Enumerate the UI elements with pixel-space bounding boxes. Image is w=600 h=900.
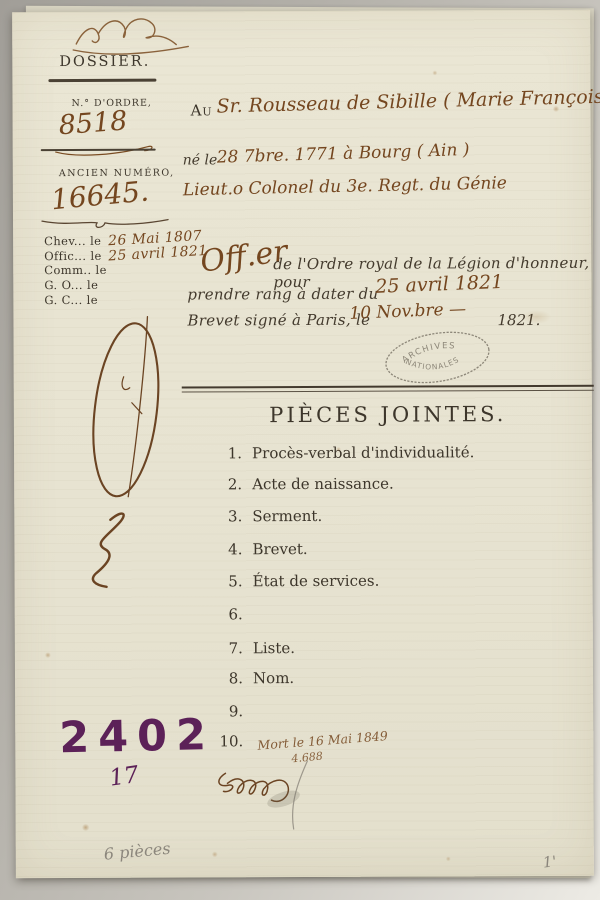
brevet-printed-label: Brevet signé à Paris, le (187, 311, 370, 330)
piece-label: Procès-verbal d'individualité. (252, 443, 474, 462)
au-printed-label: Au (191, 101, 213, 119)
piece-number: 3. (212, 507, 242, 525)
archives-nationales-stamp: ARCHIVES NATIONALES (378, 322, 498, 395)
dossier-rule (48, 79, 156, 82)
ancien-numero-flourish-rule (39, 213, 171, 232)
piece-number: 8. (213, 669, 243, 687)
death-note-signature-flourish (211, 753, 341, 839)
approval-ink-scribble (70, 13, 195, 56)
pencil-piece-count: 6 pièces (103, 839, 171, 864)
rank-row-grand-croix: G. C... le (44, 293, 98, 307)
piece-number: 9. (213, 702, 243, 720)
piece-item-10: 10. (213, 732, 253, 750)
pieces-jointes-heading: PIÈCES JOINTES. (182, 402, 594, 428)
rank-label: Comm.. le (44, 263, 107, 277)
piece-number: 2. (212, 475, 242, 493)
piece-label: Acte de naissance. (252, 475, 394, 494)
piece-item-7: 7.Liste. (213, 639, 295, 657)
brevet-year-printed: 1821. (497, 311, 540, 329)
section-divider-rule (182, 385, 594, 393)
rank-label: G. C... le (44, 293, 98, 307)
piece-number: 7. (213, 639, 243, 657)
dossier-cover-page: DOSSIER. N.° D'ORDRE, 8518 ANCIEN NUMÉRO… (12, 10, 594, 879)
birth-date-place-handwritten: 28 7bre. 1771 à Bourg ( Ain ) (216, 140, 469, 168)
piece-item-5: 5.État de services. (213, 572, 380, 591)
piece-item-2: 2.Acte de naissance. (212, 475, 394, 494)
piece-item-6: 6. (213, 605, 253, 623)
pencil-corner-mark: 1' (542, 852, 558, 871)
piece-item-8: 8.Nom. (213, 669, 294, 687)
rank-date-printed-label: prendre rang à dater du (187, 285, 378, 304)
piece-item-9: 9. (213, 702, 253, 720)
recipient-name-handwritten: Sr. Rousseau de Sibille ( Marie François… (216, 85, 600, 117)
born-printed-label: né le (183, 152, 218, 168)
piece-item-3: 3.Serment. (212, 507, 322, 525)
piece-number: 6. (213, 605, 243, 623)
dossier-heading: DOSSIER. (59, 54, 150, 70)
piece-item-4: 4.Brevet. (212, 540, 307, 558)
piece-number: 1. (212, 444, 242, 462)
rank-row-grand-officier: G. O... le (44, 278, 98, 292)
military-title-handwritten: Lieut.o Colonel du 3e. Regt. du Génie (183, 173, 507, 200)
piece-number: 4. (212, 540, 242, 558)
piece-label: Liste. (253, 639, 295, 657)
piece-label: État de services. (253, 572, 380, 591)
piece-number: 10. (213, 732, 243, 750)
piece-number: 5. (213, 572, 243, 590)
control-sub-number-handwritten: 17 (108, 762, 141, 792)
ancien-numero-handwritten: 16645. (50, 174, 151, 216)
piece-item-1: 1.Procès-verbal d'individualité. (212, 443, 474, 462)
scanned-document-photo: { "colors": { "paper": "#e8e4d2", "print… (0, 0, 600, 900)
ordre-number-handwritten: 8518 (58, 105, 129, 141)
rank-label: Offic... le (44, 249, 102, 263)
brevet-date-handwritten: 10 Nov.bre — (349, 299, 466, 324)
margin-paraph-flourish (65, 315, 186, 591)
rank-label: Chev... le (44, 234, 101, 248)
rank-row-commandeur: Comm.. le (44, 263, 107, 277)
rank-row-officier: Offic... le 25 avril 1821 (44, 247, 207, 264)
piece-label: Nom. (253, 669, 294, 687)
piece-label: Brevet. (252, 540, 307, 558)
rank-date-handwritten: 25 avril 1821 (375, 271, 504, 298)
rank-label: G. O... le (44, 278, 98, 292)
control-number-stamp: 2402 (59, 710, 216, 763)
piece-label: Serment. (252, 507, 322, 525)
